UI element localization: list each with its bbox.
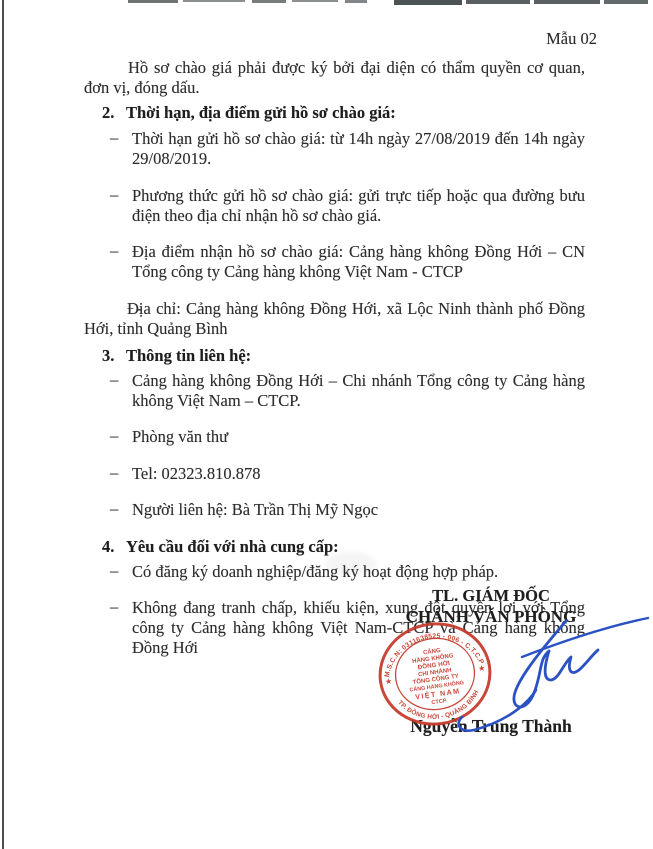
signature-stroke — [459, 690, 536, 731]
list-item-dash: – — [110, 241, 118, 261]
list-item-dash: – — [110, 463, 118, 483]
list-item-dash: – — [110, 128, 118, 148]
list-item-dash: – — [110, 370, 118, 390]
section-title: Thông tin liên hệ: — [126, 346, 251, 365]
list-item-dash: – — [110, 561, 118, 581]
list-item-dash: – — [110, 499, 118, 519]
list-item-text: Tel: 02323.810.878 — [132, 464, 261, 483]
section-title: Thời hạn, địa điểm gửi hồ sơ chào giá: — [126, 103, 396, 122]
list-item-address: -Địa chỉ: Cảng hàng không Đồng Hới, xã L… — [84, 299, 585, 339]
handwritten-signature — [390, 593, 653, 748]
list-item: – Cảng hàng không Đồng Hới – Chi nhánh T… — [84, 371, 585, 411]
list-item-text: Địa điểm nhận hồ sơ chào giá: Cảng hàng … — [132, 242, 585, 281]
list-item-text: Thời hạn gửi hồ sơ chào giá: từ 14h ngày… — [132, 129, 585, 168]
list-item: – Có đăng ký doanh nghiệp/đăng ký hoạt đ… — [84, 562, 585, 582]
section-heading-2: 2. Thời hạn, địa điểm gửi hồ sơ chào giá… — [84, 103, 585, 123]
list-item-text: Địa chỉ: Cảng hàng không Đồng Hới, xã Lộ… — [84, 299, 585, 338]
list-item-text: Phòng văn thư — [132, 427, 228, 446]
section-title: Yêu cầu đối với nhà cung cấp: — [126, 537, 339, 556]
list-item-text: Phương thức gửi hồ sơ chào giá: gửi trực… — [132, 186, 585, 225]
section-number: 4. — [102, 537, 114, 557]
list-item: – Phòng văn thư — [84, 427, 585, 447]
section-heading-4: 4. Yêu cầu đối với nhà cung cấp: — [84, 537, 585, 557]
list-item-dash: – — [110, 185, 118, 205]
section-number: 2. — [102, 103, 114, 123]
document-body: Mẫu 02 Hồ sơ chào giá phải được ký bởi đ… — [0, 0, 653, 675]
list-item: – Người liên hệ: Bà Trần Thị Mỹ Ngọc — [84, 500, 585, 520]
list-item-dash: – — [110, 597, 118, 617]
list-item: – Phương thức gửi hồ sơ chào giá: gửi tr… — [84, 186, 585, 226]
section-number: 3. — [102, 346, 114, 366]
section-heading-3: 3. Thông tin liên hệ: — [84, 346, 585, 366]
form-number-label: Mẫu 02 — [84, 30, 597, 48]
list-item: – Địa điểm nhận hồ sơ chào giá: Cảng hàn… — [84, 242, 585, 282]
list-item-text: Có đăng ký doanh nghiệp/đăng ký hoạt độn… — [132, 562, 498, 581]
list-item-text: Cảng hàng không Đồng Hới – Chi nhánh Tổn… — [132, 371, 585, 410]
scanned-document-page: Mẫu 02 Hồ sơ chào giá phải được ký bởi đ… — [0, 0, 653, 849]
list-item: – Thời hạn gửi hồ sơ chào giá: từ 14h ng… — [84, 129, 585, 169]
list-item-dash: – — [110, 426, 118, 446]
list-item-text: Người liên hệ: Bà Trần Thị Mỹ Ngọc — [132, 500, 378, 519]
intro-paragraph: Hồ sơ chào giá phải được ký bởi đại diện… — [84, 58, 585, 98]
list-item: – Tel: 02323.810.878 — [84, 464, 585, 484]
